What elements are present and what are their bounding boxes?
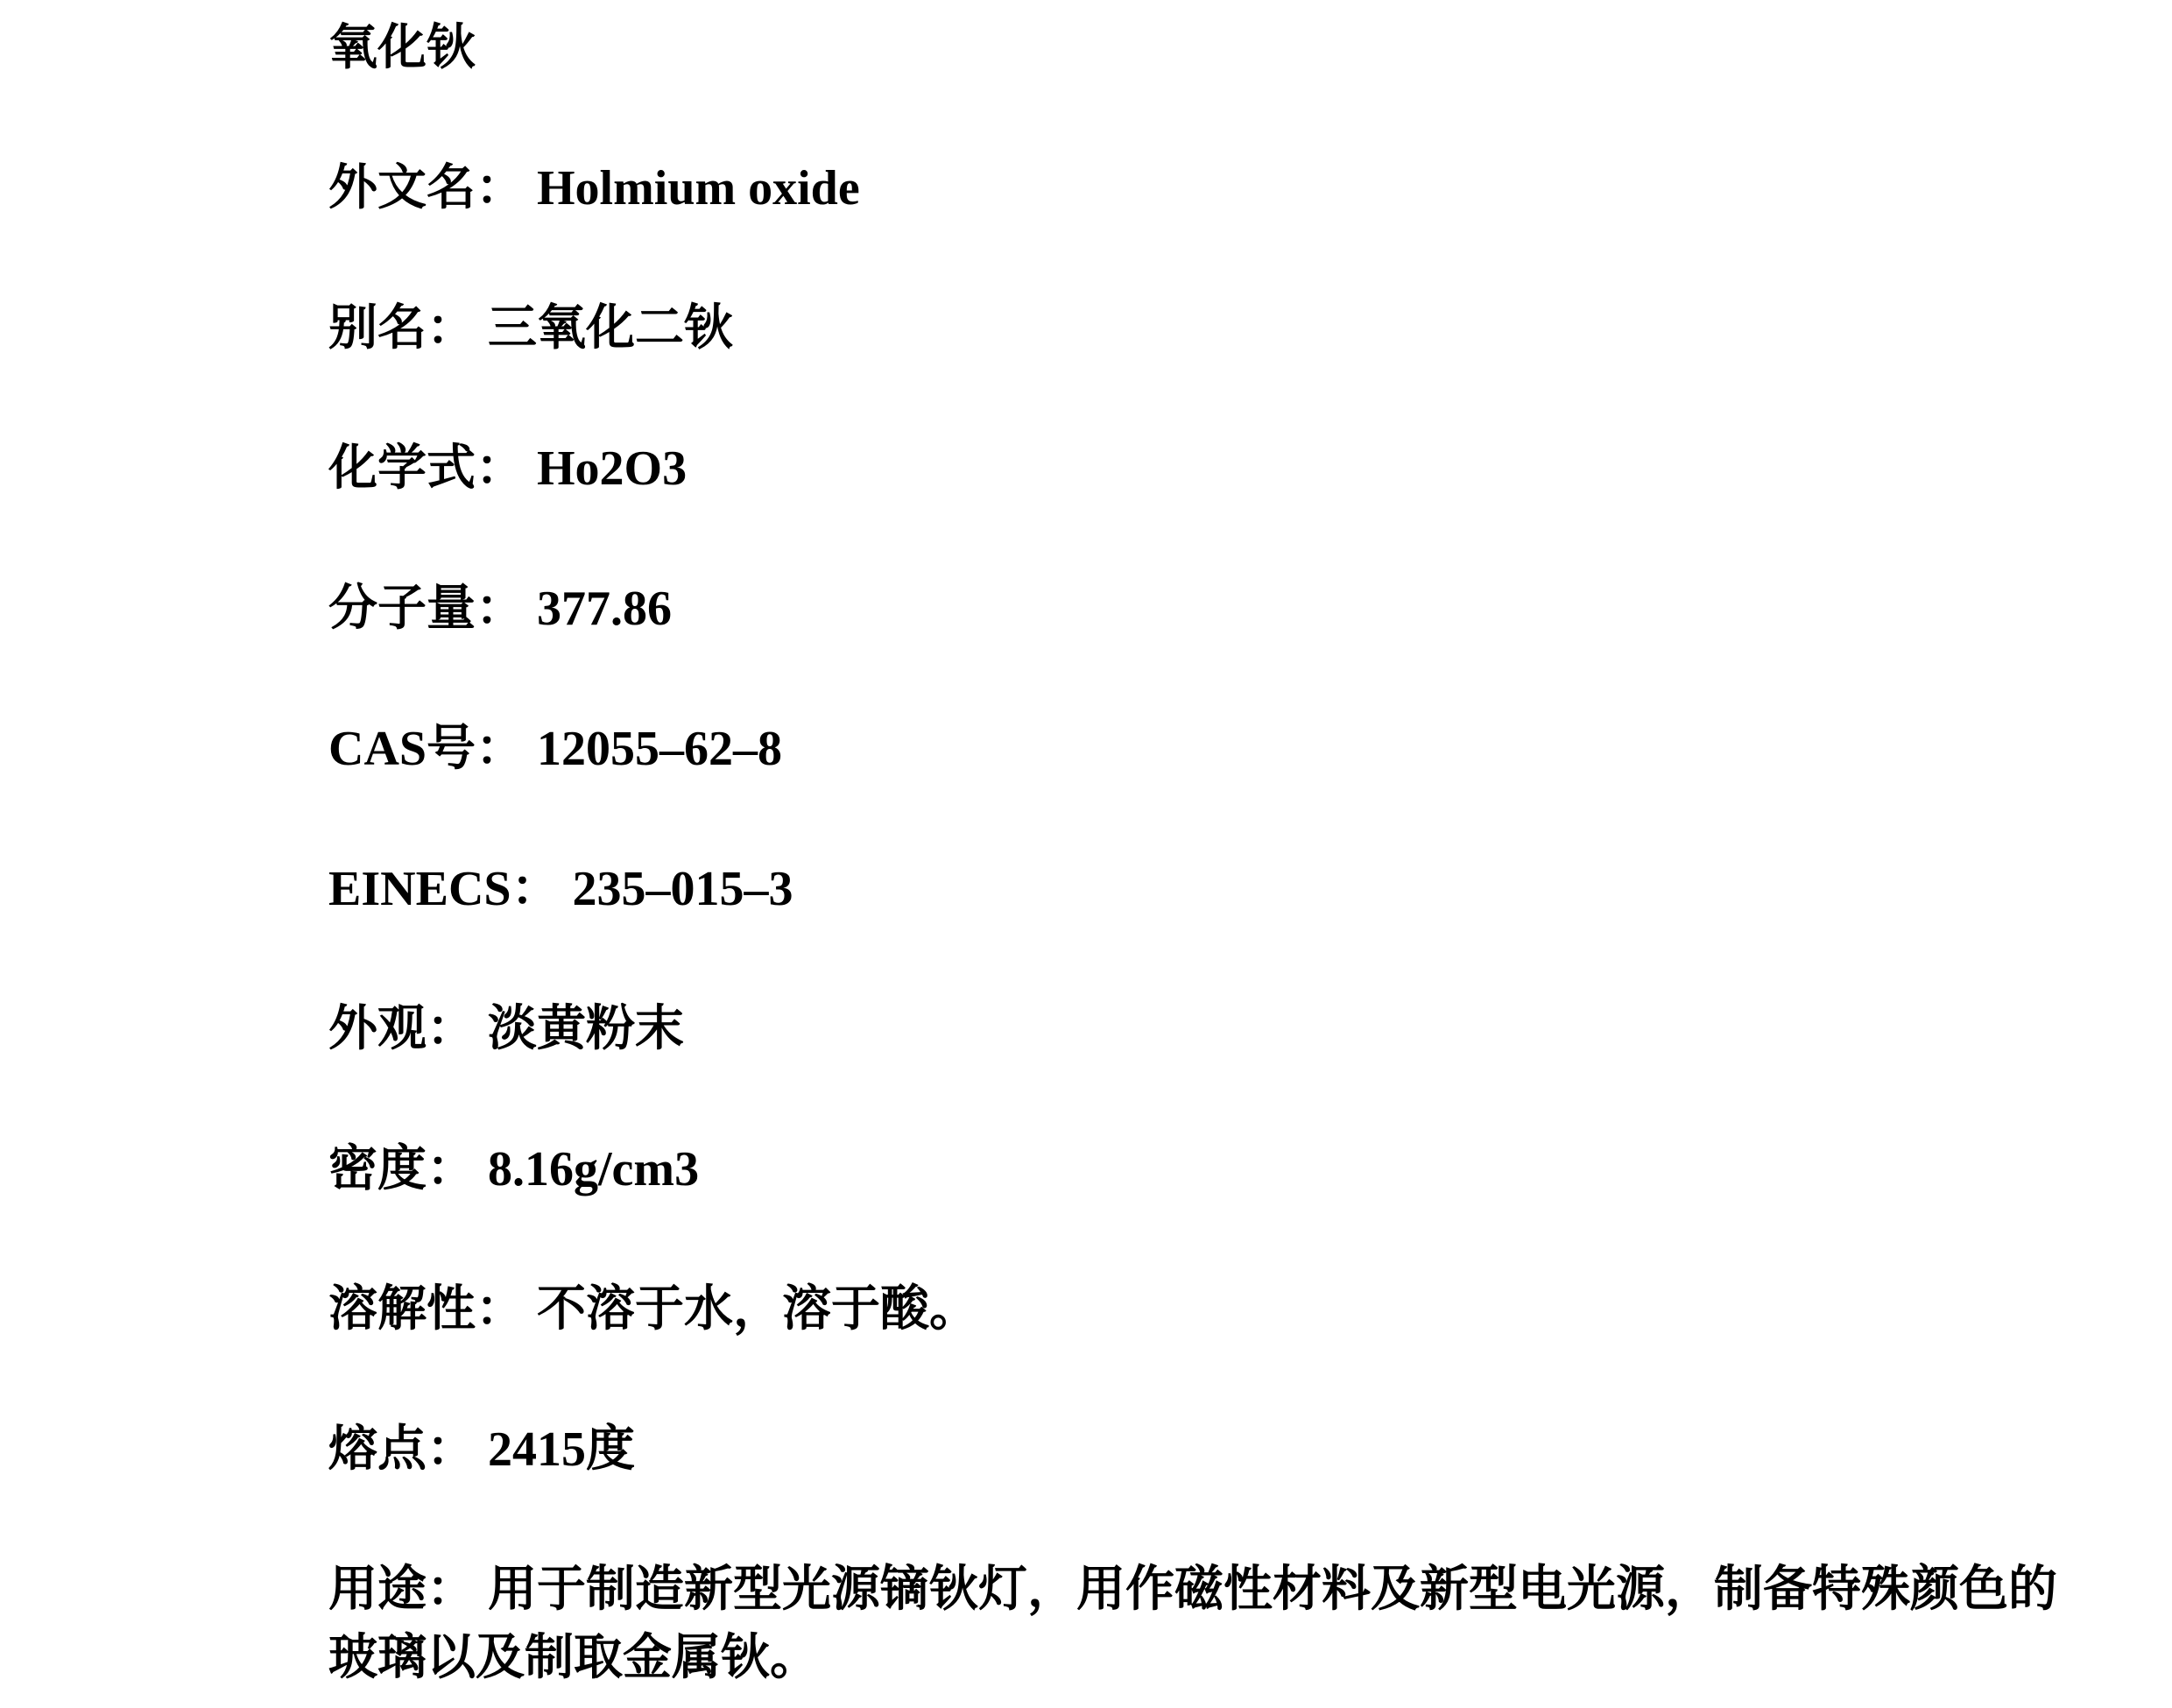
property-label: 外观 bbox=[328, 1002, 427, 1056]
page-title: 氧化钬 bbox=[328, 14, 2058, 82]
property-row-molecular-weight: 分子量： 377.86 bbox=[328, 575, 2058, 643]
document-page: 氧化钬 外文名： Holmium oxide 别名： 三氧化二钬 化学式： Ho… bbox=[0, 0, 2172, 1708]
colon-separator: ： bbox=[511, 862, 573, 916]
property-value: 8.16g/cm3 bbox=[488, 1142, 699, 1196]
property-row-cas-number: CAS号： 12055–62–8 bbox=[328, 715, 2058, 783]
property-value: 2415度 bbox=[488, 1422, 635, 1477]
property-value: 三氧化二钬 bbox=[488, 301, 733, 356]
colon-separator: ： bbox=[427, 301, 488, 356]
property-label: 熔点 bbox=[328, 1422, 427, 1477]
property-label: CAS号 bbox=[328, 722, 476, 776]
property-row-einecs: EINECS： 235–015–3 bbox=[328, 855, 2058, 923]
property-label: EINECS bbox=[328, 862, 511, 916]
colon-separator: ： bbox=[427, 1422, 488, 1477]
property-value: 235–015–3 bbox=[573, 862, 793, 916]
property-value: 淡黄粉末 bbox=[488, 1002, 684, 1056]
colon-separator: ： bbox=[427, 1002, 488, 1056]
property-row-uses: 用途： 用于制造新型光源镝钬灯，用作磁性材料及新型电光源，制备特殊颜色的玻璃以及… bbox=[328, 1556, 2058, 1692]
colon-separator: ： bbox=[476, 441, 537, 496]
property-row-foreign-name: 外文名： Holmium oxide bbox=[328, 154, 2058, 222]
colon-separator: ： bbox=[476, 1282, 537, 1337]
property-label: 别名 bbox=[328, 301, 427, 356]
property-label: 化学式 bbox=[328, 441, 476, 496]
colon-separator: ： bbox=[476, 582, 537, 636]
property-value: 用于制造新型光源镝钬灯，用作磁性材料及新型电光源，制备特殊颜色的玻璃以及制取金属… bbox=[328, 1563, 2057, 1685]
colon-separator: ： bbox=[476, 161, 537, 215]
property-row-chemical-formula: 化学式： Ho2O3 bbox=[328, 434, 2058, 503]
property-row-alias: 别名： 三氧化二钬 bbox=[328, 294, 2058, 363]
property-label: 分子量 bbox=[328, 582, 476, 636]
property-label: 外文名 bbox=[328, 161, 476, 215]
property-row-solubility: 溶解性： 不溶于水，溶于酸。 bbox=[328, 1275, 2058, 1344]
property-label: 溶解性 bbox=[328, 1282, 476, 1337]
property-value: Holmium oxide bbox=[537, 161, 860, 215]
property-label: 密度 bbox=[328, 1142, 427, 1196]
property-value: 不溶于水，溶于酸。 bbox=[537, 1282, 978, 1337]
colon-separator: ： bbox=[427, 1142, 488, 1196]
colon-separator: ： bbox=[476, 722, 537, 776]
colon-separator: ： bbox=[427, 1563, 488, 1617]
property-label: 用途 bbox=[328, 1563, 427, 1617]
property-value: 377.86 bbox=[537, 582, 672, 636]
property-value: 12055–62–8 bbox=[537, 722, 782, 776]
property-row-appearance: 外观： 淡黄粉末 bbox=[328, 995, 2058, 1063]
property-value: Ho2O3 bbox=[537, 441, 687, 496]
property-row-melting-point: 熔点： 2415度 bbox=[328, 1415, 2058, 1484]
property-row-density: 密度： 8.16g/cm3 bbox=[328, 1135, 2058, 1203]
